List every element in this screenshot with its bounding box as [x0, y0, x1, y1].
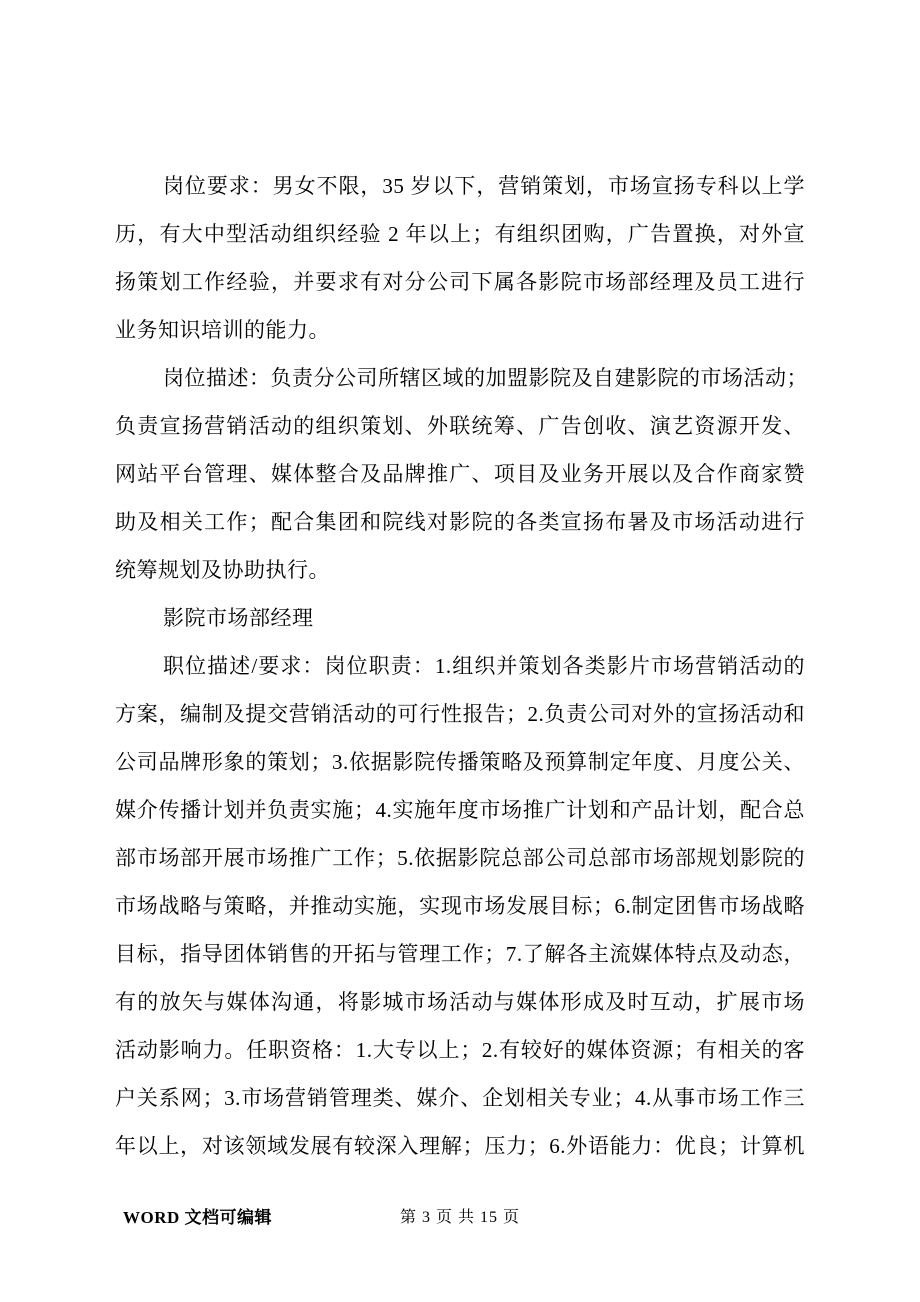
doc-line: 助及相关工作；配合集团和院线对影院的各类宣扬布暑及市场活动进行 — [115, 498, 805, 546]
doc-line: 影院市场部经理 — [115, 594, 805, 642]
page-footer: WORD 文档可编辑 第 3 页 共 15 页 — [115, 1202, 805, 1234]
doc-line: 方案，编制及提交营销活动的可行性报告；2.负责公司对外的宣扬活动和 — [115, 690, 805, 738]
doc-line: 职位描述/要求：岗位职责：1.组织并策划各类影片市场营销活动的 — [115, 642, 805, 690]
doc-line: 目标，指导团体销售的开拓与管理工作；7.了解各主流媒体特点及动态， — [115, 930, 805, 978]
document-body: 岗位要求：男女不限，35 岁以下，营销策划，市场宣扬专科以上学 历，有大中型活动… — [115, 162, 805, 1170]
document-page: 岗位要求：男女不限，35 岁以下，营销策划，市场宣扬专科以上学 历，有大中型活动… — [0, 0, 920, 1302]
doc-line: 业务知识培训的能力。 — [115, 306, 805, 354]
doc-line: 网站平台管理、媒体整合及品牌推广、项目及业务开展以及合作商家赞 — [115, 450, 805, 498]
doc-line: 岗位描述：负责分公司所辖区域的加盟影院及自建影院的市场活动； — [115, 354, 805, 402]
doc-line: 公司品牌形象的策划；3.依据影院传播策略及预算制定年度、月度公关、 — [115, 738, 805, 786]
doc-line: 活动影响力。任职资格：1.大专以上；2.有较好的媒体资源；有相关的客 — [115, 1026, 805, 1074]
doc-line: 市场战略与策略，并推动实施，实现市场发展目标；6.制定团售市场战略 — [115, 882, 805, 930]
doc-line: 年以上，对该领域发展有较深入理解；压力；6.外语能力：优良；计算机 — [115, 1122, 805, 1170]
doc-line: 部市场部开展市场推广工作；5.依据影院总部公司总部市场部规划影院的 — [115, 834, 805, 882]
doc-line: 户关系网；3.市场营销管理类、媒介、企划相关专业；4.从事市场工作三 — [115, 1074, 805, 1122]
doc-line: 统筹规划及协助执行。 — [115, 546, 805, 594]
doc-line: 历，有大中型活动组织经验 2 年以上；有组织团购，广告置换，对外宣 — [115, 210, 805, 258]
doc-line: 负责宣扬营销活动的组织策划、外联统筹、广告创收、演艺资源开发、 — [115, 402, 805, 450]
doc-line: 媒介传播计划并负责实施；4.实施年度市场推广计划和产品计划，配合总 — [115, 786, 805, 834]
footer-watermark-label: WORD 文档可编辑 — [123, 1202, 272, 1234]
doc-line: 岗位要求：男女不限，35 岁以下，营销策划，市场宣扬专科以上学 — [115, 162, 805, 210]
doc-line: 扬策划工作经验，并要求有对分公司下属各影院市场部经理及员工进行 — [115, 258, 805, 306]
doc-line: 有的放矢与媒体沟通，将影城市场活动与媒体形成及时互动，扩展市场 — [115, 978, 805, 1026]
